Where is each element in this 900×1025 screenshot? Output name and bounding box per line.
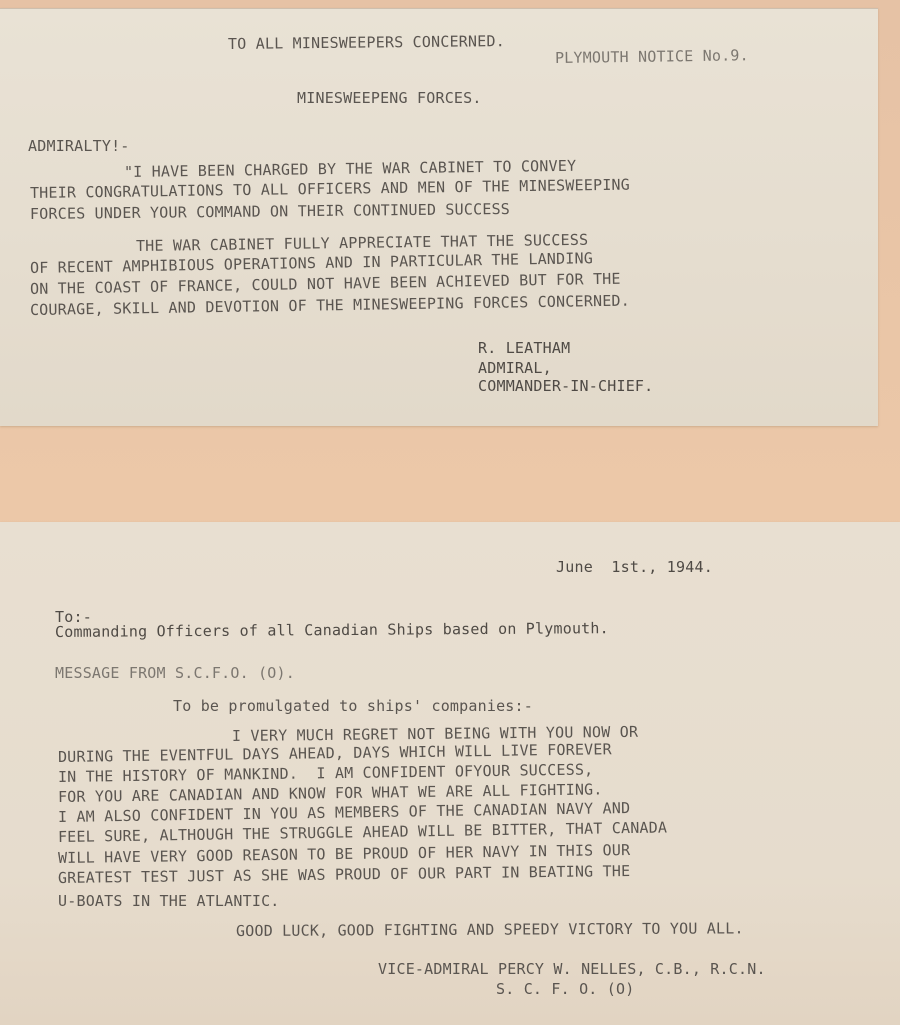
paragraph-1-line: THEIR CONGRATULATIONS TO ALL OFFICERS AN… (30, 176, 630, 202)
notice-addressee: TO ALL MINESWEEPERS CONCERNED. (228, 32, 505, 53)
message-instruction: To be promulgated to ships' companies:- (173, 697, 533, 715)
plymouth-notice-sheet: TO ALL MINESWEEPERS CONCERNED. PLYMOUTH … (0, 8, 878, 426)
notice-from: ADMIRALTY!- (28, 137, 130, 155)
paragraph-1-line: FORCES UNDER YOUR COMMAND ON THEIR CONTI… (30, 200, 510, 223)
signature-title: S. C. F. O. (O) (496, 980, 634, 998)
notice-reference: PLYMOUTH NOTICE No.9. (555, 46, 749, 67)
signature-name: VICE-ADMIRAL PERCY W. NELLES, C.B., R.C.… (378, 960, 766, 978)
message-body-line: U-BOATS IN THE ATLANTIC. (58, 892, 280, 910)
notice-subject: MINESWEEPENG FORCES. (297, 89, 482, 107)
signature-title: COMMANDER-IN-CHIEF. (478, 377, 653, 395)
message-date: June 1st., 1944. (556, 558, 713, 576)
signature-name: R. LEATHAM (478, 339, 570, 357)
signature-rank: ADMIRAL, (478, 359, 552, 377)
scfo-message-sheet: June 1st., 1944. To:- Commanding Officer… (0, 522, 900, 1025)
message-closing: GOOD LUCK, GOOD FIGHTING AND SPEEDY VICT… (236, 919, 744, 940)
message-from: MESSAGE FROM S.C.F.O. (O). (55, 664, 295, 682)
to-recipients: Commanding Officers of all Canadian Ship… (55, 619, 609, 641)
